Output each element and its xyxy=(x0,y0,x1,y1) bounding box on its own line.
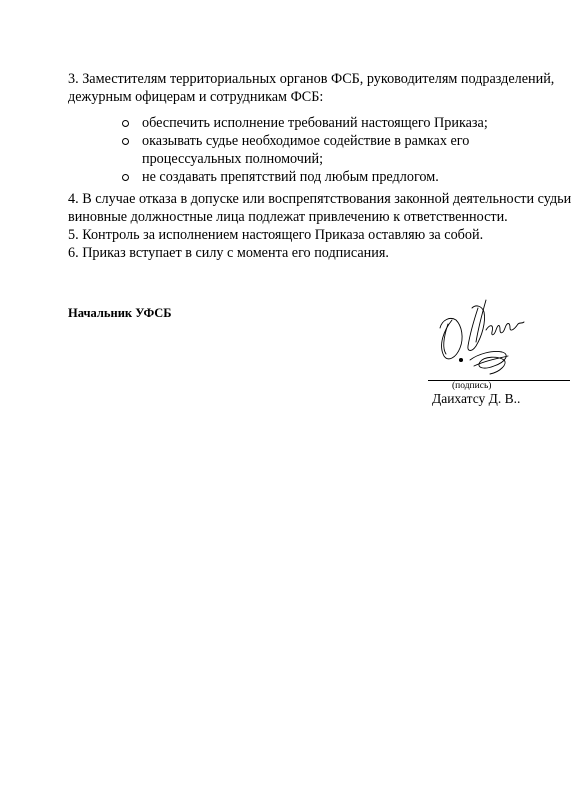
bullet-text: оказывать судье необходимое содействие в… xyxy=(142,133,469,167)
bullet-text: не создавать препятствий под любым предл… xyxy=(142,169,439,185)
signature-line xyxy=(428,380,570,381)
signatory-name: Даихатсу Д. В.. xyxy=(432,391,520,407)
circle-bullet-icon xyxy=(122,174,129,181)
bullet-item: обеспечить исполнение требований настоящ… xyxy=(120,114,540,132)
circle-bullet-icon xyxy=(122,138,129,145)
paragraph-4: 4. В случае отказа в допуске или воспреп… xyxy=(68,190,573,226)
signatory-title: Начальник УФСБ xyxy=(68,306,172,321)
paragraph-3: 3. Заместителям территориальных органов … xyxy=(68,70,573,106)
bullet-item: оказывать судье необходимое содействие в… xyxy=(120,132,540,168)
paragraph-6: 6. Приказ вступает в силу с момента его … xyxy=(68,244,573,262)
document-page: 3. Заместителям территориальных органов … xyxy=(0,0,583,785)
signature-caption: (подпись) xyxy=(452,381,491,391)
circle-bullet-icon xyxy=(122,120,129,127)
signature-icon xyxy=(430,290,540,380)
bullet-text: обеспечить исполнение требований настоящ… xyxy=(142,115,488,131)
paragraph-3-text: 3. Заместителям территориальных органов … xyxy=(68,71,554,105)
paragraphs-4-6: 4. В случае отказа в допуске или воспреп… xyxy=(68,190,573,262)
bullet-item: не создавать препятствий под любым предл… xyxy=(120,168,540,186)
bullet-list: обеспечить исполнение требований настоящ… xyxy=(120,114,540,186)
paragraph-5: 5. Контроль за исполнением настоящего Пр… xyxy=(68,226,573,244)
